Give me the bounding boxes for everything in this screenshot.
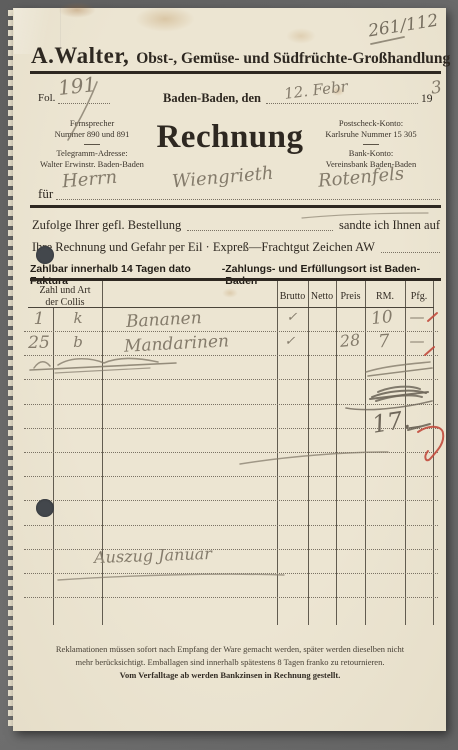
terms-part-1: Zahlbar innerhalb 14 Tagen dato Faktura: [30, 263, 222, 287]
row2-preis: 28: [333, 330, 367, 352]
phone-value: Nummer 890 und 891: [30, 129, 154, 140]
company-name-lead: A.Walter,: [31, 43, 129, 69]
row1-qty: 1: [26, 309, 52, 329]
date-dotted-line: [266, 103, 418, 104]
contact-block-right: Postscheck-Konto: Karlsruhe Nummer 15 30…: [300, 118, 442, 171]
terms-line: Zahlbar innerhalb 14 Tagen dato Faktura …: [30, 263, 441, 287]
row2-rm: 7: [363, 330, 404, 354]
footer-line-2: mehr berücksichtigt. Emballagen sind inn…: [28, 656, 432, 669]
column-header-preis: Preis: [336, 291, 365, 303]
table-dotted-row: [24, 379, 438, 380]
column-header-rm: RM.: [365, 291, 405, 303]
contact-block-left: Fernsprecher Nummer 890 und 891 Telegram…: [30, 118, 154, 171]
table-dotted-row: [24, 404, 438, 405]
company-name: A.Walter, Obst-, Gemüse- und Südfrüchte-…: [31, 43, 443, 69]
year-printed: 19: [421, 93, 433, 105]
row1-unit: k: [58, 309, 98, 327]
for-label: für: [38, 186, 53, 202]
footer-line-1: Reklamationen müssen sofort nach Empfang…: [28, 643, 432, 656]
table-dotted-row: [24, 549, 438, 550]
fol-label: Fol.: [38, 92, 55, 104]
order-line-2: Ihre Rechnung und Gefahr per Eil · Expre…: [32, 240, 440, 255]
punch-hole-bottom: [36, 499, 54, 517]
row2-pfg: —: [402, 332, 432, 350]
table-dotted-row: [24, 452, 438, 453]
row2-brutto-check: ✓: [276, 334, 304, 349]
row1-desc: Bananen: [126, 308, 203, 332]
row1-pfg: —: [402, 308, 432, 326]
column-header-brutto: Brutto: [277, 291, 308, 303]
row1-rm: 10: [361, 306, 403, 330]
table-dotted-row: [24, 500, 438, 501]
footer-line-3: Vom Verfalltage ab werden Bankzinsen in …: [28, 669, 432, 682]
place-date-label: Baden-Baden, den: [163, 91, 261, 106]
divider: [363, 144, 379, 145]
table-dotted-row: [24, 525, 438, 526]
table-dotted-row: [24, 355, 438, 356]
table-dotted-row: [24, 597, 438, 598]
order-dotted-fill-2: [381, 252, 440, 253]
punch-hole-top: [36, 246, 54, 264]
table-dotted-row: [24, 476, 438, 477]
invoice-title: Rechnung: [156, 119, 304, 156]
column-header-collis: Zahl und Art der Collis: [28, 285, 102, 309]
postal-account-value: Karlsruhe Nummer 15 305: [300, 129, 442, 140]
row2-qty: 25: [24, 333, 54, 353]
table-dotted-row: [24, 573, 438, 574]
order-line-2-text: Ihre Rechnung und Gefahr per Eil · Expre…: [32, 240, 375, 255]
row2-unit: b: [58, 333, 98, 351]
terms-rule: [30, 278, 441, 281]
collis-line-1: Zahl und Art: [28, 285, 102, 297]
row1-brutto-check: ✓: [278, 310, 306, 325]
terms-part-2: Zahlungs- und Erfüllungsort ist Baden-Ba…: [225, 263, 441, 287]
order-line-1: Zufolge Ihrer gefl. Bestellung sandte ic…: [32, 218, 440, 233]
total-pfg-handwritten: —: [403, 415, 424, 438]
recipient-dotted-line: [56, 199, 440, 200]
footer-conditions: Reklamationen müssen sofort nach Empfang…: [28, 643, 432, 681]
column-header-netto: Netto: [308, 291, 336, 303]
fol-value-handwritten: 191: [57, 72, 97, 100]
bank-account-label: Bank-Konto:: [300, 148, 442, 159]
scanned-invoice: 261/112 A.Walter, Obst-, Gemüse- und Süd…: [0, 0, 458, 750]
telegram-label: Telegramm-Adresse:: [30, 148, 154, 159]
order-dotted-fill: [187, 230, 333, 231]
phone-label: Fernsprecher: [30, 118, 154, 129]
order-line-1-left: Zufolge Ihrer gefl. Bestellung: [32, 218, 181, 233]
column-header-pfg: Pfg.: [405, 291, 433, 303]
recipient-rule: [30, 205, 441, 208]
invoice-paper: [13, 8, 446, 731]
company-name-rest: Obst-, Gemüse- und Südfrüchte-Großhandlu…: [136, 50, 450, 68]
fol-dotted-line: [58, 103, 110, 104]
postal-account-label: Postscheck-Konto:: [300, 118, 442, 129]
order-line-1-right: sandte ich Ihnen auf: [339, 218, 440, 233]
divider: [84, 144, 100, 145]
